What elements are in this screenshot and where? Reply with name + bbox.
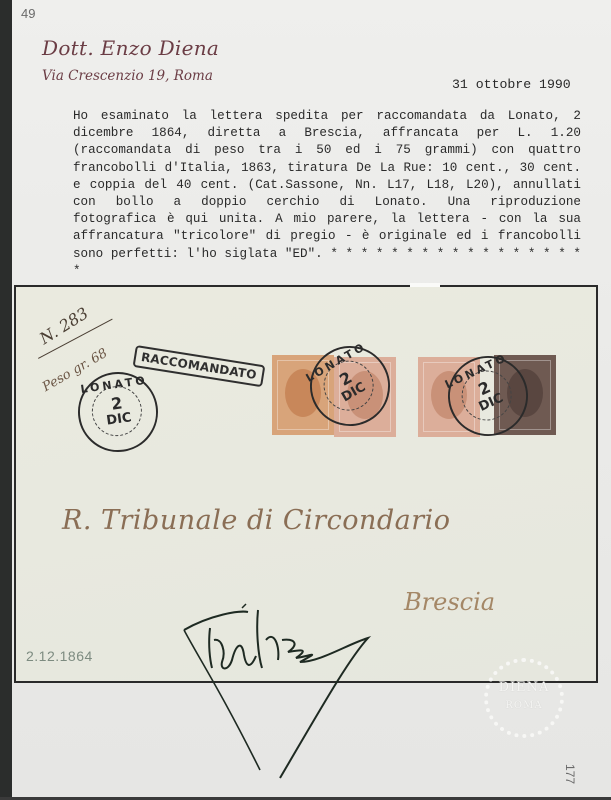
text-line: e coppia del 40 cent. (Cat.Sassone, Nn. … [73,177,581,194]
text-line: affrancatura "tricolore" di pregio - è o… [73,228,581,245]
text-line: sono perfetti: l'ho siglata "ED". * * * … [73,246,581,263]
text-line: dicembre 1864, diretta a Brescia, affran… [73,125,581,142]
page-number: 49 [21,6,35,21]
text-line: francobolli d'Italia, 1863, tiratura De … [73,160,581,177]
text-line: con bollo a doppio cerchio di Lonato. Un… [73,194,581,211]
scan-left-edge [0,0,12,800]
text-line: Ho esaminato la lettera spedita per racc… [73,108,581,125]
certificate-date: 31 ottobre 1990 [452,77,571,92]
expert-signature-icon [170,600,440,785]
pencil-date-note: 2.12.1864 [26,648,93,664]
letterhead-address: Via Crescenzio 19, Roma [42,68,213,84]
letterhead-name: Dott. Enzo Diena [42,36,219,60]
envelope-fold-notch [410,283,440,287]
addressee-line-1: R. Tribunale di Circondario [62,505,451,536]
text-line: (raccomandata di peso tra i 50 ed i 75 g… [73,142,581,159]
margin-number: 177 [563,764,577,784]
certificate-text: Ho esaminato la lettera spedita per racc… [73,108,581,263]
text-line: fotografica è qui unita. A mio parere, l… [73,211,581,228]
diena-embossed-seal: DIENA ROMA [484,658,564,738]
